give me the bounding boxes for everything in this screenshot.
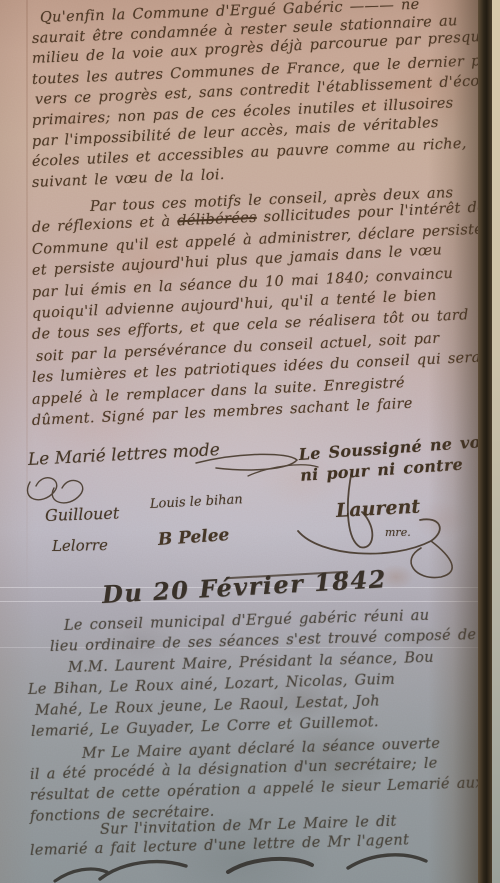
binding-gutter [478, 0, 492, 883]
signature-lelorre: Lelorre [52, 536, 108, 555]
page-fold-shadow [428, 0, 478, 883]
signature-pelee: B Pelee [157, 525, 230, 550]
line-segment: de réflexions et à [32, 214, 178, 237]
signature-lebihan: Louis le bihan [150, 492, 243, 512]
paragraph-letter-reading: Sur l'invitation de Mr Le Maire le dit l… [30, 820, 470, 861]
signature-flourish [27, 478, 56, 500]
horizontal-crease [0, 601, 492, 602]
bottom-swash [55, 869, 107, 881]
bottom-swash [100, 862, 186, 879]
paragraph-council-composition: Le conseil municipal d'Ergué gabéric réu… [28, 616, 472, 743]
signature-guillouet: Guillouet [45, 503, 120, 525]
signature-lemarie: Le Marié lettres mode [27, 440, 220, 470]
manuscript-page: Qu'enfin la Commune d'Ergué Gabéric ——— … [0, 0, 500, 883]
signature-flourish [298, 519, 440, 553]
margin-crease-line [26, 0, 28, 610]
signature-laurent-title: mre. [385, 526, 411, 539]
session-date-heading: Du 20 Février 1842 [101, 564, 387, 609]
adjacent-page-edge [492, 0, 500, 883]
paragraph-conclusion-schools: Qu'enfin la Commune d'Ergué Gabéric ——— … [32, 8, 462, 193]
struck-word: délibérées [177, 210, 257, 230]
paragraph-deliberation-motifs: Par tous ces motifs le conseil, après de… [32, 197, 466, 432]
signature-flourish [52, 480, 82, 502]
signature-laurent-maire: Laurent [335, 496, 420, 522]
